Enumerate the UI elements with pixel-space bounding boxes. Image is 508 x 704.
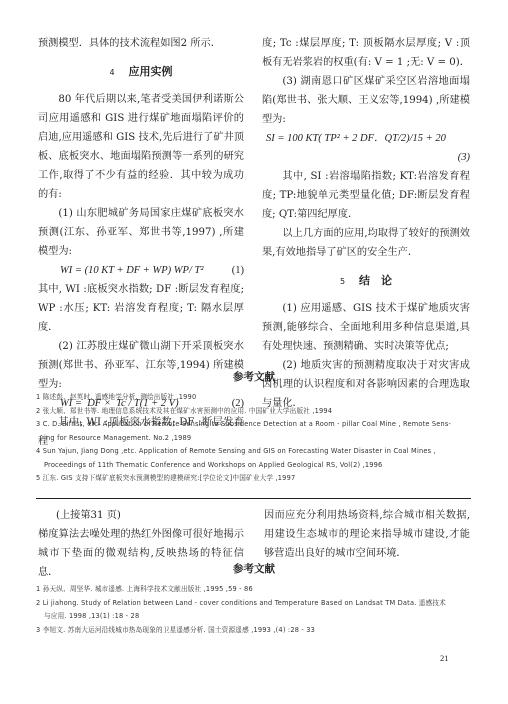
page-number: 21: [440, 653, 449, 663]
equation-3-number: (3): [262, 148, 470, 167]
reference-item: 1 孙天纵、周坚华. 城市遥感. 上海科学技术文献出版社 ,1995 ,59 -…: [36, 583, 476, 597]
references-heading: 参考文献: [0, 561, 508, 576]
references-list: 1 孙天纵、周坚华. 城市遥感. 上海科学技术文献出版社 ,1995 ,59 -…: [36, 583, 476, 637]
paragraph: 其中, WI :底板突水指数; DF :断层发育程度; WP :水压; KT: …: [38, 280, 244, 337]
references-heading: 参考文献: [0, 369, 508, 384]
section-4-heading: 4应用实例: [38, 62, 244, 82]
paragraph: 以上几方面的应用,均取得了较好的预测效果,有效地指导了矿区的安全生产．: [262, 224, 470, 262]
reference-item: 3 李旭文. 苏南大运河沿线城市热岛现象的卫星遥感分析. 国土资源遥感 ,199…: [36, 624, 476, 638]
paragraph: (3) 湖南恩口矿区煤矿采空区岩溶地面塌陷(郑世书、张大顺、王义宏等,1994)…: [262, 72, 470, 129]
references-list: 1 陈述彭、赵英时. 遥感地学分析. 测绘出版社 ,1990 2 张大顺、郑世书…: [36, 391, 476, 486]
paragraph: 度; Tc :煤层厚度; T: 顶板隔水层厚度; V :顶板有无岩浆岩的权重(有…: [262, 34, 470, 72]
reference-item: 2 Li jiahong. Study of Relation between …: [36, 597, 476, 611]
divider-rule: [36, 498, 471, 499]
continued-note: (上接第31 页): [38, 506, 244, 525]
reference-item: 4 Sun Yajun, Jiang Dong ,etc. Applicatio…: [36, 445, 476, 459]
paragraph: 80 年代后期以来,笔者受美国伊利诺斯公司应用遥感和 GIS 进行煤矿地面塌陷评…: [38, 90, 244, 204]
paragraph: 其中, SI :岩溶塌陷指数; KT:岩溶发育程度; TP:地貌单元类型量化值;…: [262, 167, 470, 224]
intro-line: 预测模型．具体的技术流程如图2 所示．: [38, 34, 244, 53]
section-5-heading: 5结 论: [262, 271, 470, 291]
lower-right-column: 因而应充分利用热场资料,综合城市相关数据,用建设生态城市的理论来指导城市建设,才…: [264, 506, 470, 563]
upper-right-column: 度; Tc :煤层厚度; T: 顶板隔水层厚度; V :顶板有无岩浆岩的权重(有…: [262, 34, 470, 413]
paragraph: (2) 江苏殷庄煤矿微山湖下开采顶板突水预测(郑世书、孙亚军、江东等,1994)…: [38, 337, 244, 394]
reference-item-continued: 与应用. 1998 ,13(1) :18 - 28: [36, 610, 476, 624]
reference-item: 2 张大顺、郑世书等. 地理信息系统技术及其在煤矿水害预测中的应用. 中国矿业大…: [36, 405, 476, 419]
reference-item: 1 陈述彭、赵英时. 遥感地学分析. 测绘出版社 ,1990: [36, 391, 476, 405]
equation-3: SI = 100 KT( TP² + 2 DF．QT/2)/15 + 20: [262, 129, 470, 148]
reference-item-continued: Proceedings of 11th Thematic Conference …: [36, 459, 476, 473]
upper-left-column: 预测模型．具体的技术流程如图2 所示． 4应用实例 80 年代后期以来,笔者受美…: [38, 34, 244, 451]
reference-item-continued: ing for Resource Management. No.2 ,1989: [36, 432, 476, 446]
section-title: 应用实例: [129, 65, 173, 78]
paragraph: (1) 应用遥感、GIS 技术于煤矿地质灾害预测,能够综合、全面地利用多种信息渠…: [262, 299, 470, 356]
section-title: 结 论: [359, 274, 392, 287]
paragraph: 因而应充分利用热场资料,综合城市相关数据,用建设生态城市的理论来指导城市建设,才…: [264, 506, 470, 563]
reference-item: 5 江东. GIS 支持下煤矿底板突水预测模型的建模研究:[学位论文]中国矿业大…: [36, 472, 476, 486]
equation-1: WI = (10 KT + DF + WP) WP/ T²(1): [38, 261, 244, 280]
reference-item: 3 C. D. Bifrist, etc. Application of Rem…: [36, 418, 476, 432]
paragraph: (1) 山东肥城矿务局国家庄煤矿底板突水预测(江东、孙亚军、郑世书等,1997)…: [38, 204, 244, 261]
